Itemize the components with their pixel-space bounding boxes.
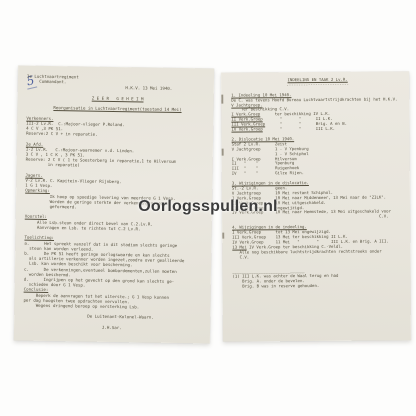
fold-mark [222, 149, 224, 156]
fold-mark [222, 233, 224, 239]
doc-line: Brig. B was in reserve gehouden. [233, 283, 406, 289]
watermark: Oorlogsspullen.nl [138, 198, 277, 216]
product-photo: 5 2e Luchtvaartregiment Commandant. H.K.… [0, 0, 416, 416]
fold-mark [221, 95, 223, 104]
document-right-text: INDEELING EN TAAK 2 Lv.R.---------------… [231, 77, 405, 289]
